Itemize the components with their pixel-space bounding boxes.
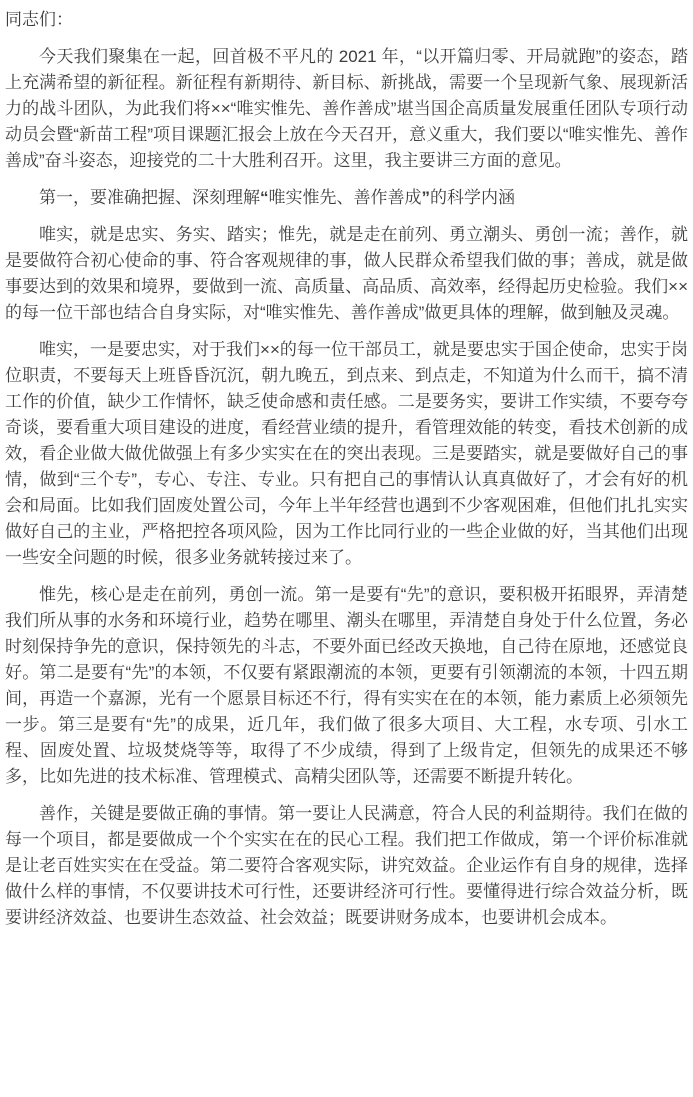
heading-quoted-motto: 唯实惟先、善作善成	[269, 188, 422, 207]
heading-open-quote: “	[260, 188, 269, 207]
heading-suffix: 的科学内涵	[430, 188, 515, 207]
speech-document-page: 同志们： 今天我们聚集在一起，回首极不平凡的 2021 年，“以开篇归零、开局就…	[0, 0, 693, 1097]
paragraph-definitions: 唯实，就是忠实、务实、踏实；惟先，就是走在前列、勇立潮头、勇创一流；善作，就是要…	[5, 222, 688, 326]
paragraph-weishi-detail: 唯实，一是要忠实，对于我们××的每一位干部员工，就是要忠实于国企使命，忠实于岗位…	[5, 337, 688, 571]
paragraph-shanzuo-detail: 善作，关键是要做正确的事情。第一要让人民满意，符合人民的利益期待。我们在做的每一…	[5, 801, 688, 931]
salutation: 同志们：	[5, 7, 688, 33]
paragraph-weixian-detail: 惟先，核心是走在前列，勇创一流。第一是要有“先”的意识，要积极开拓眼界，弄清楚我…	[5, 582, 688, 790]
heading-prefix: 第一，要准确把握、深刻理解	[39, 188, 260, 207]
heading-close-quote: ”	[422, 188, 431, 207]
section-1-heading: 第一，要准确把握、深刻理解“唯实惟先、善作善成”的科学内涵	[5, 185, 688, 211]
opening-paragraph: 今天我们聚集在一起，回首极不平凡的 2021 年，“以开篇归零、开局就跑”的姿态…	[5, 44, 688, 174]
